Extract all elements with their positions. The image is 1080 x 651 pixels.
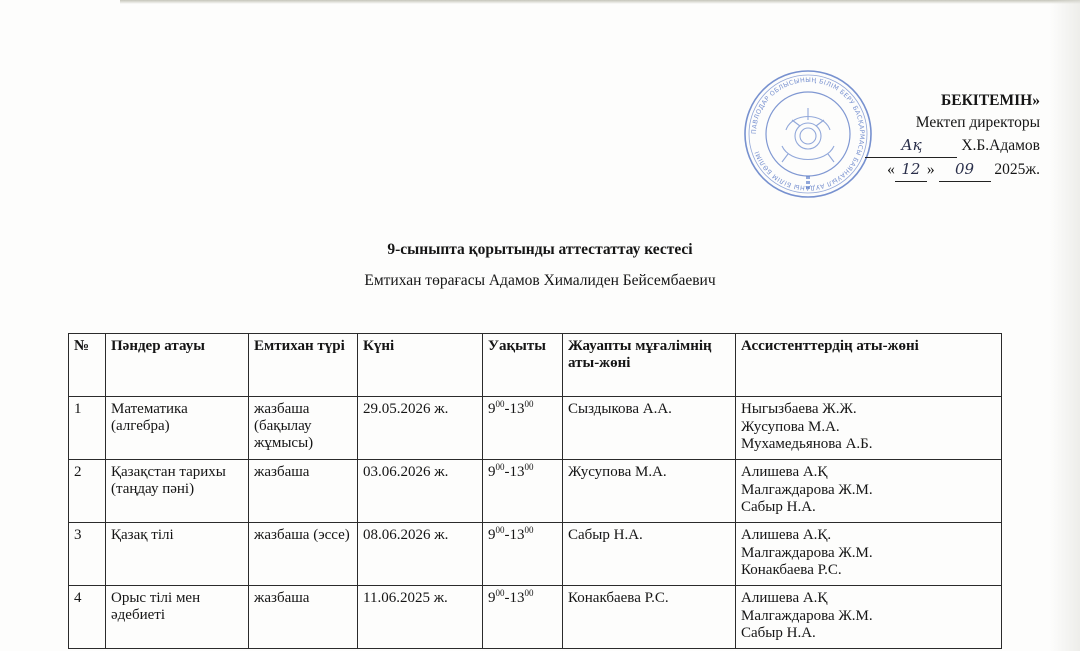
cell-assistants: Алишева А.Қ.Малгаждарова Ж.М.Конакбаева …	[736, 523, 1002, 586]
cell-number: 2	[69, 460, 106, 523]
cell-exam-type: жазбаша (бақылау жұмысы)	[249, 397, 358, 460]
date-close-quote: »	[927, 161, 935, 178]
paper-edge-shadow-right	[1050, 0, 1080, 651]
assistant-name: Алишева А.Қ	[741, 464, 996, 482]
cell-time: 900-1300	[483, 460, 563, 523]
assistant-name: Конакбаева Р.С.	[741, 562, 996, 580]
assistant-name: Сабыр Н.А.	[741, 499, 996, 517]
handwritten-signature: Ақ	[901, 136, 921, 154]
header-assistants: Ассистенттердің аты-жөні	[736, 334, 1002, 397]
header-subject: Пәндер атауы	[106, 334, 249, 397]
approval-date-line: «12» 09 2025ж.	[840, 158, 1040, 182]
cell-assistants: Ныгызбаева Ж.Ж.Жусупова М.А.Мухамедьянов…	[736, 397, 1002, 460]
date-day-field: 12	[895, 158, 927, 182]
cell-time: 900-1300	[483, 586, 563, 649]
director-name: Х.Б.Адамов	[961, 137, 1040, 154]
header-exam-type: Емтихан түрі	[249, 334, 358, 397]
cell-exam-type: жазбаша (эссе)	[249, 523, 358, 586]
assistant-name: Малгаждарова Ж.М.	[741, 545, 996, 563]
cell-assistants: Алишева А.ҚМалгаждарова Ж.М.Сабыр Н.А.	[736, 460, 1002, 523]
cell-number: 1	[69, 397, 106, 460]
header-date: Күні	[358, 334, 483, 397]
date-month-field: 09	[939, 158, 991, 182]
cell-teacher: Сыздыкова А.А.	[563, 397, 736, 460]
approval-position: Мектеп директоры	[840, 112, 1040, 134]
assistant-name: Мухамедьянова А.Б.	[741, 436, 996, 454]
cell-date: 03.06.2026 ж.	[358, 460, 483, 523]
table-row: 3 Қазақ тілі жазбаша (эссе) 08.06.2026 ж…	[69, 523, 1002, 586]
cell-teacher: Сабыр Н.А.	[563, 523, 736, 586]
cell-date: 11.06.2025 ж.	[358, 586, 483, 649]
approval-block: БЕКІТЕМІН» Мектеп директоры Ақ Х.Б.Адамо…	[840, 90, 1040, 182]
cell-number: 4	[69, 586, 106, 649]
date-year: 2025ж.	[994, 161, 1040, 178]
table-row: 4 Орыс тілі мен әдебиеті жазбаша 11.06.2…	[69, 586, 1002, 649]
table-row: 1 Математика (алгебра) жазбаша (бақылау …	[69, 397, 1002, 460]
cell-exam-type: жазбаша	[249, 586, 358, 649]
assistant-name: Малгаждарова Ж.М.	[741, 608, 996, 626]
header-number: №	[69, 334, 106, 397]
cell-number: 3	[69, 523, 106, 586]
approval-title: БЕКІТЕМІН»	[840, 90, 1040, 112]
cell-assistants: Алишева А.ҚМалгаждарова Ж.М.Сабыр Н.А.	[736, 586, 1002, 649]
cell-teacher: Жусупова М.А.	[563, 460, 736, 523]
table-header-row: № Пәндер атауы Емтихан түрі Күні Уақыты …	[69, 334, 1002, 397]
signature-field: Ақ	[865, 134, 957, 158]
date-open-quote: «	[887, 161, 895, 178]
cell-subject: Қазақстан тарихы (таңдау пәні)	[106, 460, 249, 523]
cell-time: 900-1300	[483, 523, 563, 586]
header-time: Уақыты	[483, 334, 563, 397]
exam-schedule-table: № Пәндер атауы Емтихан түрі Күні Уақыты …	[68, 333, 1002, 649]
date-month: 09	[955, 160, 974, 178]
assistant-name: Сабыр Н.А.	[741, 625, 996, 643]
assistant-name: Ныгызбаева Ж.Ж.	[741, 401, 996, 419]
cell-exam-type: жазбаша	[249, 460, 358, 523]
paper-edge-shadow	[120, 0, 1080, 4]
header-teacher: Жауапты мұғалімнің аты-жөні	[563, 334, 736, 397]
assistant-name: Жусупова М.А.	[741, 419, 996, 437]
date-day: 12	[901, 160, 920, 178]
assistant-name: Малгаждарова Ж.М.	[741, 482, 996, 500]
table-row: 2 Қазақстан тарихы (таңдау пәні) жазбаша…	[69, 460, 1002, 523]
exam-chair: Емтихан төрағасы Адамов Хималиден Бейсем…	[0, 272, 1080, 290]
document-title: 9-сыныпта қорытынды аттестаттау кестесі	[0, 241, 1080, 259]
approval-signature-line: Ақ Х.Б.Адамов	[840, 134, 1040, 158]
cell-subject: Математика (алгебра)	[106, 397, 249, 460]
cell-teacher: Конакбаева Р.С.	[563, 586, 736, 649]
cell-date: 29.05.2026 ж.	[358, 397, 483, 460]
cell-date: 08.06.2026 ж.	[358, 523, 483, 586]
cell-time: 900-1300	[483, 397, 563, 460]
cell-subject: Қазақ тілі	[106, 523, 249, 586]
assistant-name: Алишева А.Қ	[741, 590, 996, 608]
cell-subject: Орыс тілі мен әдебиеті	[106, 586, 249, 649]
assistant-name: Алишева А.Қ.	[741, 527, 996, 545]
